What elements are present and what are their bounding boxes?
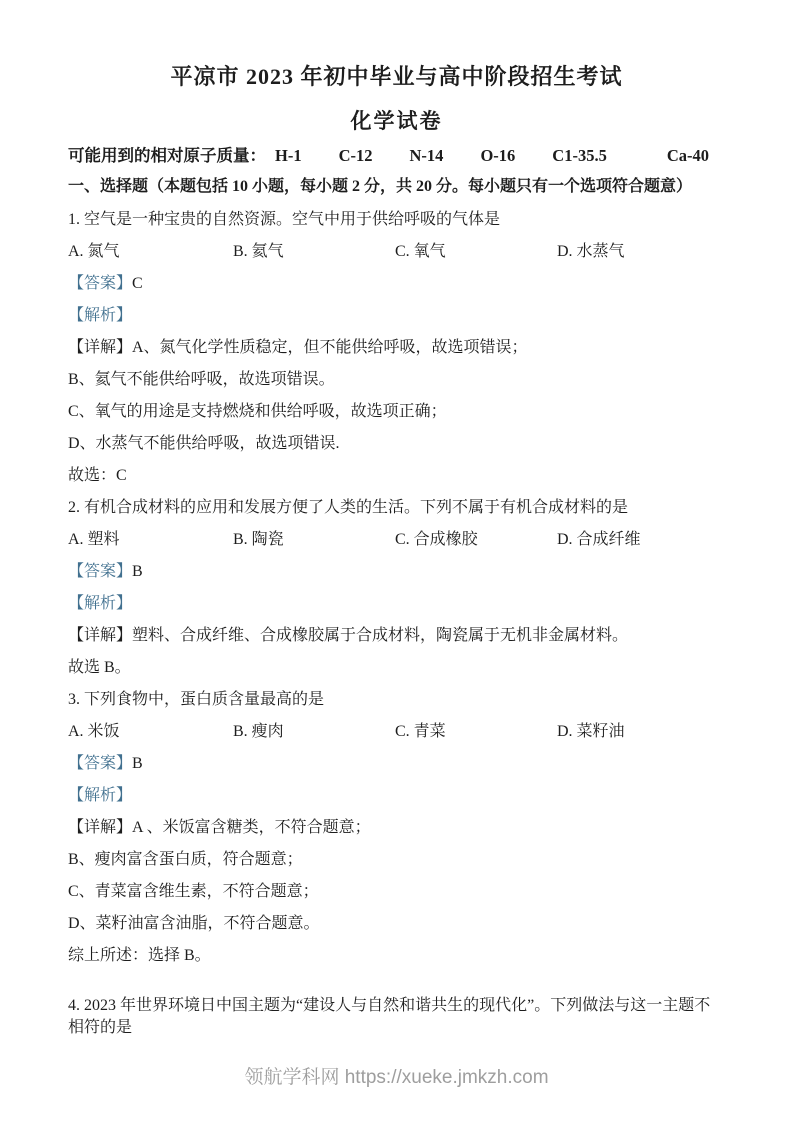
question-2-option-c: C. 合成橡胶 [395,529,557,551]
question-1-explanation-line: D、水蒸气不能供给呼吸，故选项错误. [68,433,725,455]
question-1-explanation-line: 【详解】A、氮气化学性质稳定，但不能供给呼吸，故选项错误； [68,337,725,359]
question-1-answer: C [132,275,143,292]
question-1-option-c: C. 氧气 [395,241,557,263]
question-1-options: A. 氮气 B. 氦气 C. 氧气 D. 水蒸气 [68,241,725,263]
question-3-options: A. 米饭 B. 瘦肉 C. 青菜 D. 菜籽油 [68,721,725,743]
atomic-mass-n: N-14 [410,144,444,167]
question-3-answer-line: 【答案】B [68,753,725,775]
question-3-answer: B [132,755,143,772]
question-1: 1. 空气是一种宝贵的自然资源。空气中用于供给呼吸的气体是 A. 氮气 B. 氦… [68,209,725,487]
question-1-option-b: B. 氦气 [233,241,395,263]
question-2-conclusion: 故选 B。 [68,657,725,679]
question-3-option-d: D. 菜籽油 [557,721,725,743]
paper-subtitle: 化学试卷 [68,107,725,135]
watermark-text: 领航学科网 https://xueke.jmkzh.com [244,1067,548,1088]
question-2-option-b: B. 陶瓷 [233,529,395,551]
question-1-stem: 1. 空气是一种宝贵的自然资源。空气中用于供给呼吸的气体是 [68,209,725,231]
analysis-label: 【解析】 [68,785,725,807]
analysis-label: 【解析】 [68,593,725,615]
question-3-option-c: C. 青菜 [395,721,557,743]
atomic-mass-cl: C1-35.5 [552,144,607,167]
answer-label: 【答案】 [68,755,132,772]
question-3: 3. 下列食物中，蛋白质含量最高的是 A. 米饭 B. 瘦肉 C. 青菜 D. … [68,689,725,967]
atomic-mass-label: 可能用到的相对原子质量： [68,146,266,165]
paper-title: 平凉市 2023 年初中毕业与高中阶段招生考试 [68,62,725,92]
question-1-explanation-line: C、氧气的用途是支持燃烧和供给呼吸，故选项正确； [68,401,725,423]
question-2-explanation-line: 【详解】塑料、合成纤维、合成橡胶属于合成材料，陶瓷属于无机非金属材料。 [68,625,725,647]
atomic-mass-line: 可能用到的相对原子质量：H-1C-12N-14O-16C1-35.5Ca-40 [68,144,725,167]
question-4-stem: 4. 2023 年世界环境日中国主题为“建设人与自然和谐共生的现代化”。下列做法… [68,995,725,1039]
question-3-explanation-line: B、瘦肉富含蛋白质，符合题意； [68,849,725,871]
question-1-option-a: A. 氮气 [68,241,233,263]
question-2-option-d: D. 合成纤维 [557,529,725,551]
question-1-conclusion: 故选：C [68,465,725,487]
atomic-mass-o: O-16 [480,144,515,167]
question-1-option-d: D. 水蒸气 [557,241,725,263]
question-3-stem: 3. 下列食物中，蛋白质含量最高的是 [68,689,725,711]
atomic-mass-h: H-1 [275,144,302,167]
question-2-answer-line: 【答案】B [68,561,725,583]
atomic-mass-c: C-12 [339,144,373,167]
question-3-explanation-line: D、菜籽油富含油脂，不符合题意。 [68,913,725,935]
watermark-footer: 领航学科网 https://xueke.jmkzh.com [0,1066,793,1090]
question-3-option-a: A. 米饭 [68,721,233,743]
question-3-explanation-line: 【详解】A 、米饭富含糖类，不符合题意； [68,817,725,839]
question-2-stem: 2. 有机合成材料的应用和发展方便了人类的生活。下列不属于有机合成材料的是 [68,497,725,519]
question-3-option-b: B. 瘦肉 [233,721,395,743]
analysis-label: 【解析】 [68,305,725,327]
answer-label: 【答案】 [68,563,132,580]
question-2-answer: B [132,563,143,580]
answer-label: 【答案】 [68,275,132,292]
exam-paper-page: 平凉市 2023 年初中毕业与高中阶段招生考试 化学试卷 可能用到的相对原子质量… [0,0,793,1039]
question-1-explanation-line: B、氦气不能供给呼吸，故选项错误。 [68,369,725,391]
question-2: 2. 有机合成材料的应用和发展方便了人类的生活。下列不属于有机合成材料的是 A.… [68,497,725,679]
question-4: 4. 2023 年世界环境日中国主题为“建设人与自然和谐共生的现代化”。下列做法… [68,995,725,1039]
question-2-options: A. 塑料 B. 陶瓷 C. 合成橡胶 D. 合成纤维 [68,529,725,551]
question-3-conclusion: 综上所述：选择 B。 [68,945,725,967]
question-1-answer-line: 【答案】C [68,273,725,295]
question-3-explanation-line: C、青菜富含维生素，不符合题意； [68,881,725,903]
atomic-mass-ca: Ca-40 [667,144,709,167]
question-2-option-a: A. 塑料 [68,529,233,551]
section-heading: 一、选择题（本题包括 10 小题，每小题 2 分，共 20 分。每小题只有一个选… [68,176,725,198]
